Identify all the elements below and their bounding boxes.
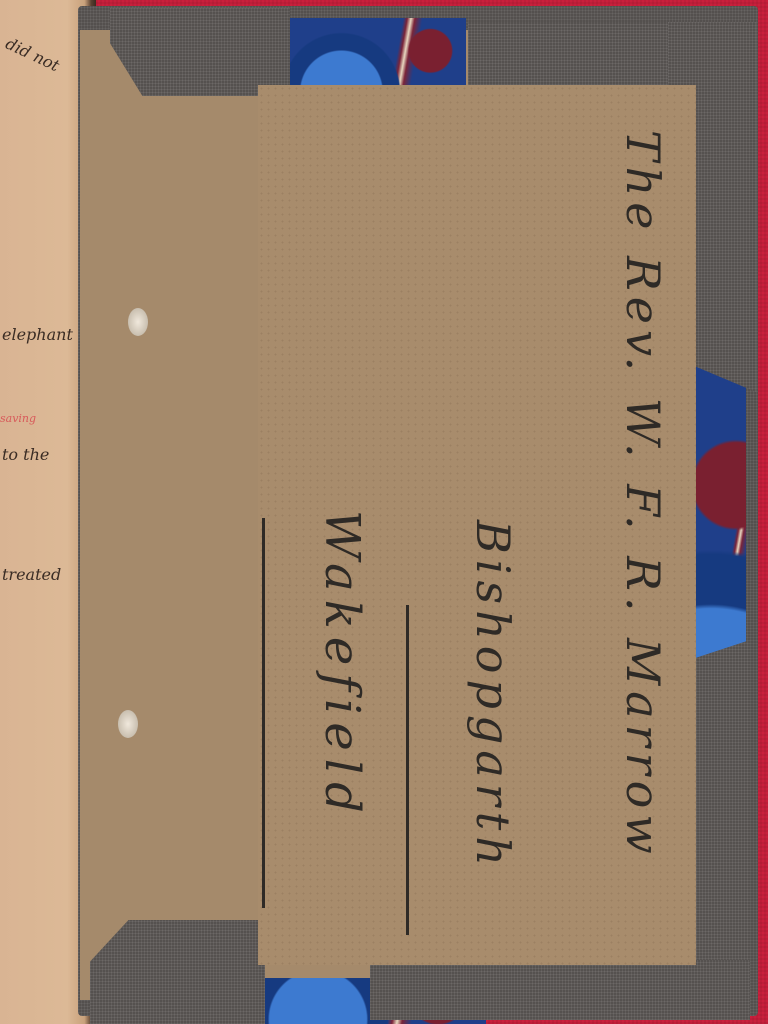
left-page-text-1: did not [3, 34, 63, 75]
corner-bottom-right-h [370, 960, 750, 1020]
left-page-text-2: elephant [2, 325, 73, 344]
corner-bottom-left [90, 920, 265, 1024]
stitch-hole-top [128, 308, 148, 336]
left-page-text-3: saving [0, 412, 36, 425]
underline-house [406, 605, 409, 935]
address-line-town: Wakefield [314, 510, 370, 821]
corner-top-left [110, 8, 290, 96]
address-line-house: Bishopgarth [466, 520, 520, 872]
underline-town [262, 518, 265, 908]
stitch-hole-bottom [118, 710, 138, 738]
left-page-text-4: to the [2, 445, 49, 464]
address-line-name: The Rev. W. F. R. Marrow [616, 130, 670, 860]
left-page-text-5: treated [2, 565, 61, 584]
